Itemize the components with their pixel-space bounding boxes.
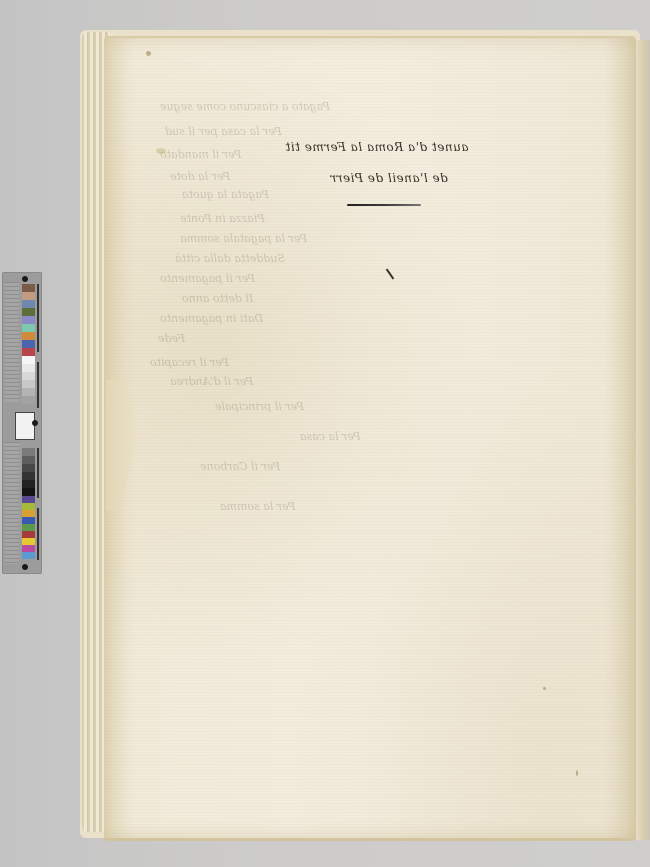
handwriting-line-1: aunet d'a Roma la Ferme tit — [285, 140, 469, 154]
color-swatch — [22, 332, 35, 340]
color-swatch — [22, 538, 35, 545]
color-swatch — [22, 364, 35, 372]
ink-rule-line — [347, 204, 421, 206]
color-swatch — [22, 545, 35, 552]
handwriting-line-2: de l'aneil de Pierr — [330, 171, 448, 185]
strip-hole-top — [22, 276, 28, 282]
color-swatch — [22, 388, 35, 396]
color-swatch — [22, 503, 35, 510]
show-through-line: Per il Carbone — [200, 460, 280, 473]
strip-label — [15, 412, 35, 440]
strip-bar — [37, 448, 39, 498]
page-edges-right — [636, 40, 650, 840]
dark-swatches — [22, 448, 35, 496]
strip-bar — [37, 362, 39, 408]
show-through-line: Piazza in Ponte — [180, 212, 265, 225]
show-through-line: Pagato a ciascuno come segue — [160, 100, 330, 113]
foxing-stain — [156, 148, 166, 154]
color-swatch — [22, 472, 35, 480]
ink-spot — [543, 687, 546, 690]
show-through-line: Il detto anno — [182, 292, 253, 305]
strip-scale-ticks — [5, 282, 19, 402]
show-through-line: Per la somma — [220, 500, 295, 513]
color-swatch — [22, 300, 35, 308]
color-swatches-top — [22, 284, 35, 356]
show-through-line: Per la casa per il sud — [165, 125, 282, 138]
color-swatch — [22, 284, 35, 292]
color-swatch — [22, 292, 35, 300]
color-swatch — [22, 340, 35, 348]
color-swatch — [22, 517, 35, 524]
color-swatch — [22, 380, 35, 388]
color-swatch — [22, 396, 35, 404]
color-calibration-strip — [2, 272, 42, 574]
show-through-line: Per il d'Andrea — [170, 375, 253, 388]
color-swatch — [22, 324, 35, 332]
color-swatch — [22, 316, 35, 324]
color-swatch — [22, 372, 35, 380]
show-through-line: Per la casa — [300, 430, 361, 443]
ink-spot — [146, 51, 151, 56]
strip-scale-ticks — [5, 442, 19, 564]
strip-bar — [37, 508, 39, 560]
strip-hole-bottom — [22, 564, 28, 570]
color-swatch — [22, 531, 35, 538]
color-swatch — [22, 308, 35, 316]
show-through-line: Per il mandato — [160, 148, 241, 161]
show-through-line: Per la pagatala somma — [180, 232, 307, 245]
show-through-line: Pagata la quota — [182, 188, 269, 201]
color-swatch — [22, 448, 35, 456]
ink-spot — [576, 770, 578, 776]
show-through-line: Per la dote — [170, 170, 230, 183]
color-swatch — [22, 456, 35, 464]
show-through-line: Per il pagamento — [160, 272, 255, 285]
color-swatch — [22, 480, 35, 488]
color-swatch — [22, 488, 35, 496]
color-swatch — [22, 552, 35, 559]
show-through-line: Per il recapito — [150, 356, 229, 369]
color-swatch — [22, 510, 35, 517]
show-through-line: Dati in pagamento — [160, 312, 263, 325]
gray-swatches — [22, 356, 35, 404]
color-swatch — [22, 348, 35, 356]
strip-bar — [37, 284, 39, 352]
color-swatch — [22, 524, 35, 531]
strip-hole-mid — [32, 420, 38, 426]
show-through-line: Fede — [158, 332, 185, 345]
color-swatch — [22, 356, 35, 364]
color-swatch — [22, 496, 35, 503]
color-swatch — [22, 464, 35, 472]
show-through-line: Suddetta dalla città — [175, 252, 285, 265]
show-through-line: Per il principale — [215, 400, 304, 413]
color-swatches-bottom — [22, 496, 35, 559]
